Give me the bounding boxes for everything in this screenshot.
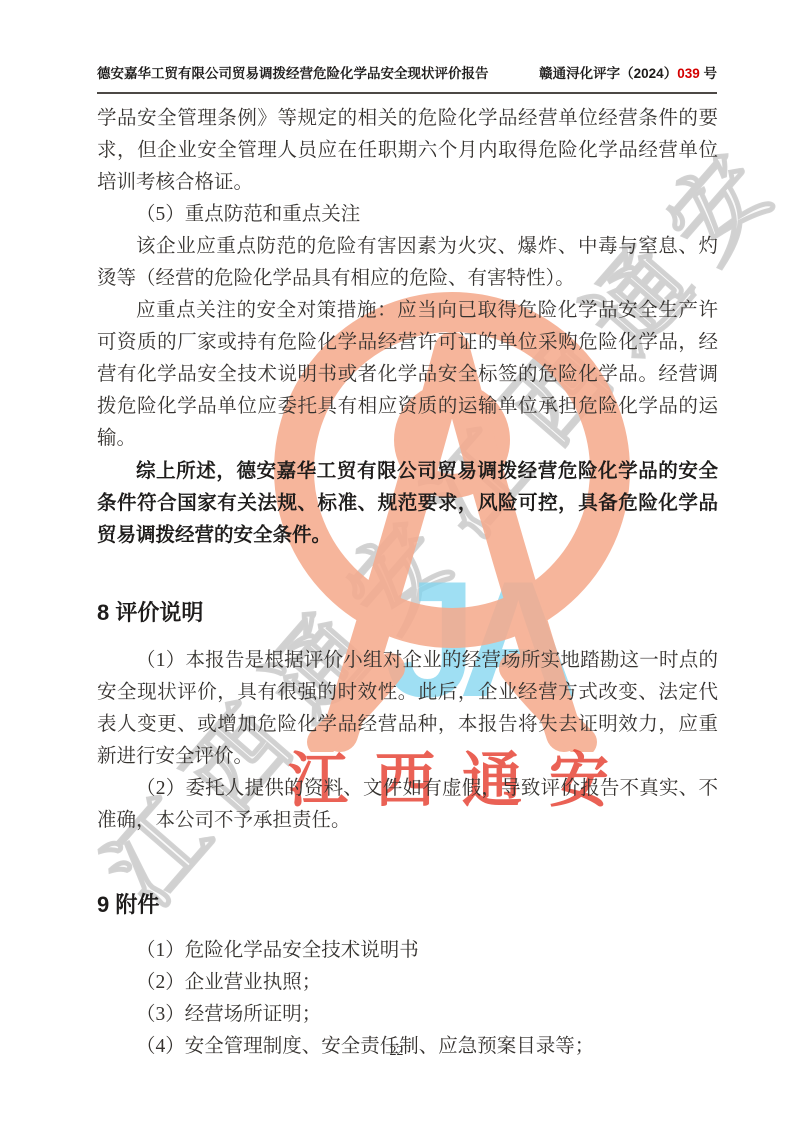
section-8-heading: 8 评价说明 (97, 597, 718, 629)
doc-number-suffix: 号 (704, 66, 718, 81)
paragraph: 应重点关注的安全对策措施：应当向已取得危险化学品安全生产许可资质的厂家或持有危险… (97, 295, 718, 455)
header-doc-number: 赣通浔化评字（2024）039 号 (539, 62, 717, 82)
paragraph: （2）委托人提供的资料、文件如有虚假，导致评价报告不真实、不准确，本公司不予承担… (97, 773, 718, 837)
document-page: 江西通安江西通安 JA 江西通安 德安嘉华工贸有限公司贸易调拨经营危险化学品安全… (0, 0, 793, 1122)
paragraph: 该企业应重点防范的危险有害因素为火灾、爆炸、中毒与窒息、灼烫等（经营的危险化学品… (97, 231, 718, 295)
paragraph: （5）重点防范和重点关注 (97, 199, 718, 231)
content-layer: 德安嘉华工贸有限公司贸易调拨经营危险化学品安全现状评价报告 赣通浔化评字（202… (0, 0, 793, 1122)
page-number: 22 (0, 1044, 793, 1060)
header-divider (97, 92, 717, 94)
attachment-item: （3）经营场所证明； (97, 999, 718, 1031)
attachment-item: （2）企业营业执照； (97, 967, 718, 999)
document-body: 学品安全管理条例》等规定的相关的危险化学品经营单位经营条件的要求，但企业安全管理… (97, 103, 718, 1063)
page-header: 德安嘉华工贸有限公司贸易调拨经营危险化学品安全现状评价报告 赣通浔化评字（202… (97, 62, 717, 82)
section-9-heading: 9 附件 (97, 889, 718, 921)
attachment-item: （1）危险化学品安全技术说明书 (97, 935, 718, 967)
header-report-title: 德安嘉华工贸有限公司贸易调拨经营危险化学品安全现状评价报告 (97, 62, 489, 82)
doc-number-prefix: 赣通浔化评字（2024） (539, 66, 677, 81)
paragraph: （1）本报告是根据评价小组对企业的经营场所实地踏勘这一时点的安全现状评价，具有很… (97, 645, 718, 773)
paragraph: 学品安全管理条例》等规定的相关的危险化学品经营单位经营条件的要求，但企业安全管理… (97, 103, 718, 199)
conclusion-paragraph: 综上所述，德安嘉华工贸有限公司贸易调拨经营危险化学品的安全条件符合国家有关法规、… (97, 455, 718, 551)
doc-number-value: 039 (677, 66, 700, 81)
